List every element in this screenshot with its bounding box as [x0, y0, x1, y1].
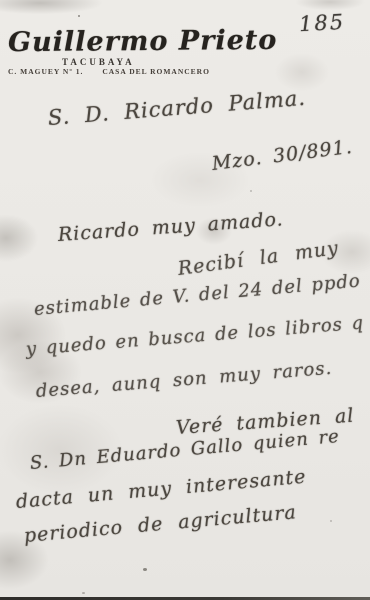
ink-speck	[143, 568, 147, 571]
ink-speck	[250, 190, 252, 192]
letter-page: Guillermo Prieto TACUBAYA C. MAGUEY Nº 1…	[0, 0, 370, 600]
ink-speck	[330, 520, 332, 522]
letterhead-name: Guillermo Prieto	[8, 25, 278, 58]
body-line: desea, aunq son muy raros.	[35, 358, 333, 402]
letterhead-house: CASA DEL ROMANCERO	[102, 67, 210, 76]
ink-speck	[78, 15, 80, 17]
body-line: estimable de V. del 24 del ppdo	[33, 270, 361, 319]
date-line: Mzo. 30/891.	[211, 136, 354, 175]
ink-speck	[82, 592, 85, 594]
body-line: y quedo en busca de los libros q	[25, 312, 365, 360]
letterhead-street: C. MAGUEY Nº 1.	[8, 67, 83, 76]
letterhead-address: C. MAGUEY Nº 1. CASA DEL ROMANCERO	[8, 67, 210, 76]
folio-number: 185	[298, 10, 345, 36]
recipient-line: S. D. Ricardo Palma.	[47, 86, 307, 130]
ink-speck	[205, 40, 207, 42]
salutation-line: Ricardo muy amado.	[57, 208, 284, 246]
letterhead-city: TACUBAYA	[62, 57, 135, 67]
